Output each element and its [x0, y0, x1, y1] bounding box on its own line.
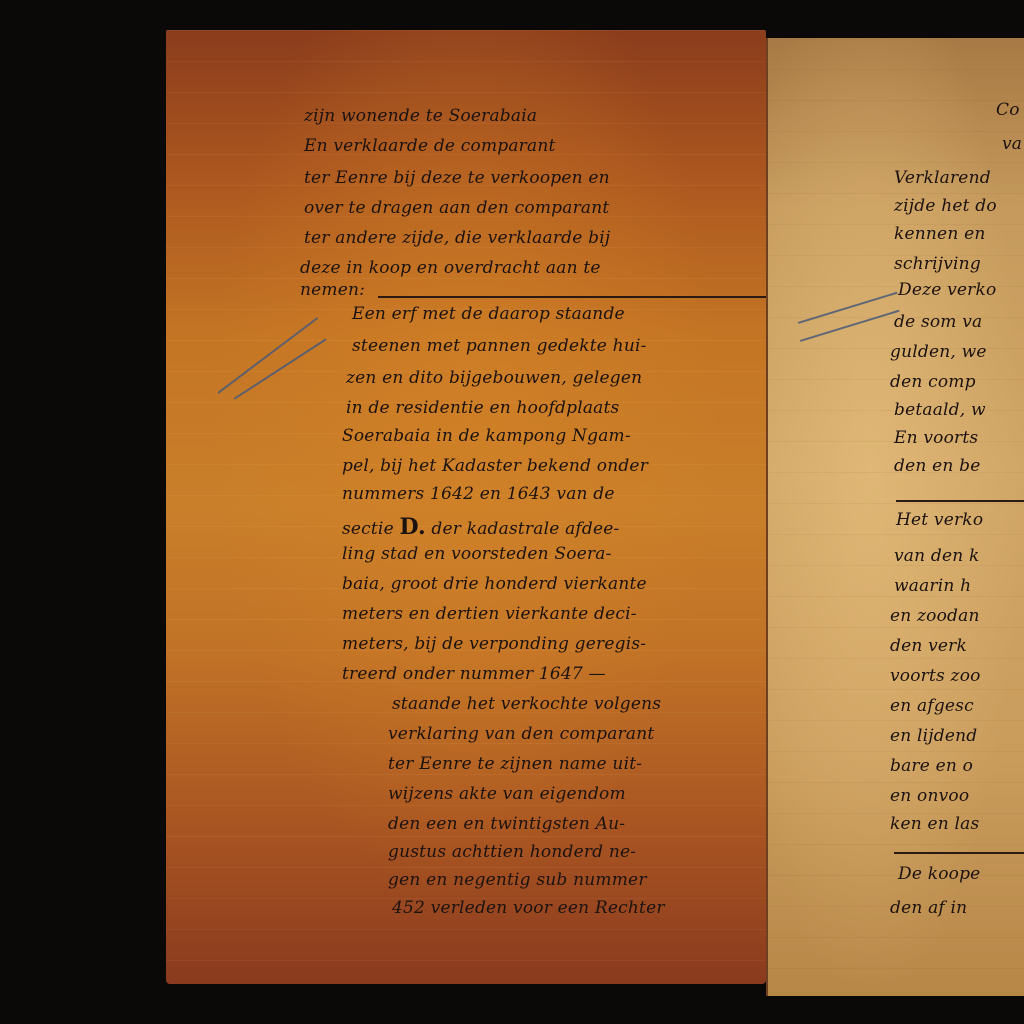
section-letter: D.	[399, 514, 425, 540]
text-line: staande het verkochte volgens	[392, 696, 661, 713]
text-line: baia, groot drie honderd vierkante	[342, 576, 647, 593]
text-line: kennen en	[894, 226, 985, 243]
text-line: ter Eenre bij deze te verkoopen en	[304, 170, 610, 187]
text-line: Soerabaia in de kampong Ngam-	[342, 428, 631, 445]
pencil-mark	[800, 310, 900, 342]
text-line: ter andere zijde, die verklaarde bij	[304, 230, 610, 247]
text-line: ter Eenre te zijnen name uit-	[388, 756, 642, 773]
text-line: En voorts	[894, 430, 978, 447]
text-line: treerd onder nummer 1647 —	[342, 666, 606, 683]
text-line: nemen:	[300, 282, 365, 299]
text-line: de som va	[894, 314, 982, 331]
separator-rule	[378, 296, 766, 298]
text-line: nummers 1642 en 1643 van de	[342, 486, 615, 503]
text-line: sectie D. der kadastrale afdee-	[342, 516, 619, 538]
text-line: en afgesc	[890, 698, 974, 715]
pencil-mark	[217, 317, 318, 394]
text-line: den en be	[894, 458, 980, 475]
text-line: bare en o	[890, 758, 973, 775]
text-line: waarin h	[894, 578, 971, 595]
text-line: en lijdend	[890, 728, 977, 745]
text-line: pel, bij het Kadaster bekend onder	[342, 458, 648, 475]
separator-rule	[896, 500, 1024, 502]
text-line: van den k	[894, 548, 980, 565]
text-line: va	[1002, 136, 1022, 153]
text-line: schrijving	[894, 256, 981, 273]
text-line: Verklarend	[894, 170, 991, 187]
text-line: gustus achttien honderd ne-	[388, 844, 636, 861]
text-line: en onvoo	[890, 788, 969, 805]
text-line: den verk	[890, 638, 967, 655]
text-line: den comp	[890, 374, 976, 391]
text-line: meters en dertien vierkante deci-	[342, 606, 637, 623]
text-line: Co	[996, 102, 1020, 119]
text-line: zijde het do	[894, 198, 997, 215]
left-page: zijn wonende te Soerabaia En verklaarde …	[166, 30, 766, 984]
text-line: ken en las	[890, 816, 979, 833]
text-line: 452 verleden voor een Rechter	[392, 900, 665, 917]
text-line: betaald, w	[894, 402, 986, 419]
text-line: en zoodan	[890, 608, 980, 625]
text-line: verklaring van den comparant	[388, 726, 654, 743]
text-line: Deze verko	[898, 282, 996, 299]
text-line: over te dragen aan den comparant	[304, 200, 609, 217]
text-line: steenen met pannen gedekte hui-	[352, 338, 647, 355]
right-page: Co va Verklarend zijde het do kennen en …	[766, 38, 1024, 996]
text-line: Het verko	[896, 512, 983, 529]
text-line: gen en negentig sub nummer	[388, 872, 647, 889]
text-line: De koope	[898, 866, 980, 883]
text-fragment: sectie	[342, 519, 394, 539]
text-line: wijzens akte van eigendom	[388, 786, 626, 803]
text-line: in de residentie en hoofdplaats	[346, 400, 619, 417]
text-line: En verklaarde de comparant	[304, 138, 556, 155]
text-line: den een en twintigsten Au-	[388, 816, 625, 833]
text-line: voorts zoo	[890, 668, 981, 685]
text-line: ling stad en voorsteden Soera-	[342, 546, 612, 563]
text-line: gulden, we	[890, 344, 987, 361]
pencil-mark	[798, 292, 898, 324]
text-line: zijn wonende te Soerabaia	[304, 108, 537, 125]
text-fragment: der kadastrale afdee-	[431, 519, 619, 539]
text-line: Een erf met de daarop staande	[352, 306, 625, 323]
text-line: zen en dito bijgebouwen, gelegen	[346, 370, 642, 387]
text-line: den af in	[890, 900, 967, 917]
separator-rule	[894, 852, 1024, 854]
text-line: meters, bij de verponding geregis-	[342, 636, 646, 653]
text-line: deze in koop en overdracht aan te	[300, 260, 601, 277]
